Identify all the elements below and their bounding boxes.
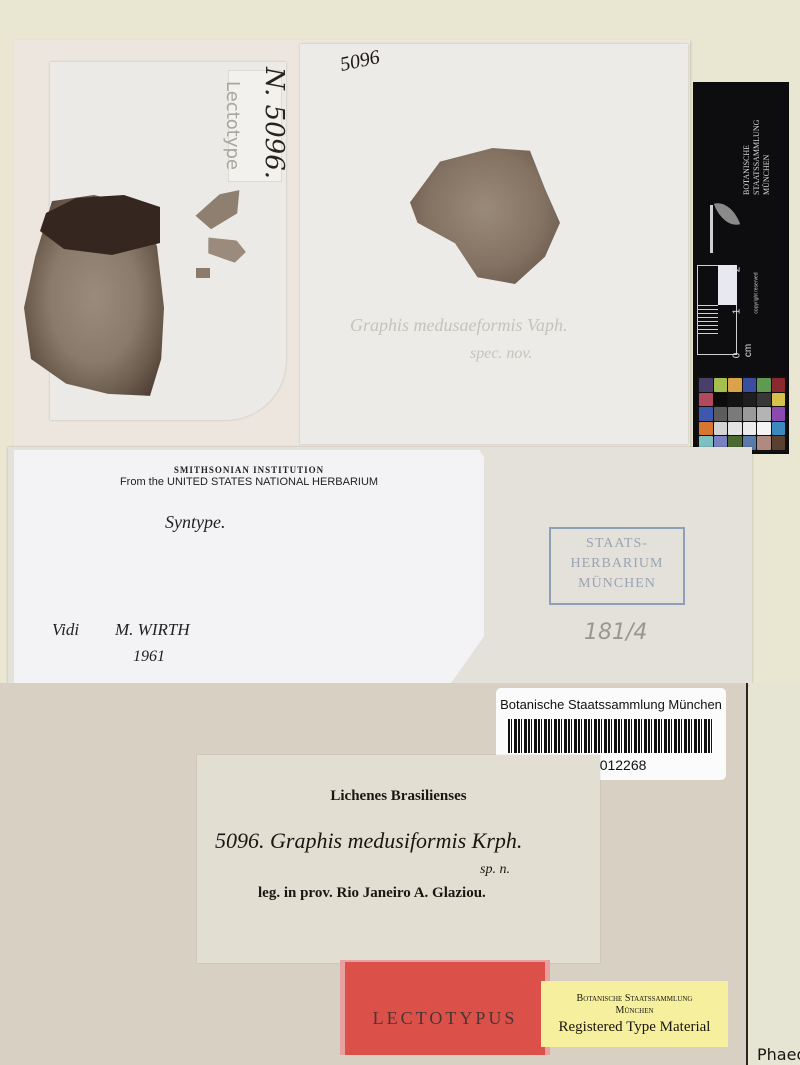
color-patch — [757, 378, 771, 392]
color-patch — [743, 378, 757, 392]
color-patch — [757, 393, 771, 407]
color-calibration-chart — [697, 376, 787, 452]
smithsonian-header: SMITHSONIAN INSTITUTION — [14, 465, 484, 475]
color-patch — [699, 378, 713, 392]
envelope-number: 181/4 — [584, 620, 647, 645]
color-patch — [728, 378, 742, 392]
ruler-ticks — [698, 305, 718, 335]
barcode-institution: Botanische Staatssammlung München — [496, 697, 726, 712]
color-patch — [772, 378, 786, 392]
color-patch — [714, 378, 728, 392]
registered-type-line-3: Registered Type Material — [541, 1019, 728, 1036]
color-patch — [757, 407, 771, 421]
herbarium-stamp: STAATS- HERBARIUM MÜNCHEN — [549, 527, 685, 605]
stamp-line-2: HERBARIUM — [551, 554, 683, 574]
m-logo-icon — [710, 205, 740, 253]
color-patch — [757, 436, 771, 450]
original-label — [197, 755, 600, 963]
color-patch — [772, 407, 786, 421]
lectotypus-text: LECTOTYPUS — [345, 1008, 545, 1029]
brand-line-2: STAATSSAMMLUNG — [752, 120, 762, 195]
syntype-annotation: Syntype. — [165, 512, 225, 533]
color-patch — [757, 422, 771, 436]
stamp-line-3: MÜNCHEN — [551, 574, 683, 594]
adjacent-sheet — [750, 683, 800, 1065]
barcode-icon — [508, 719, 714, 753]
color-patch — [699, 422, 713, 436]
brand-line-1: BOTANISCHE — [742, 120, 752, 195]
color-patch — [714, 422, 728, 436]
color-patch — [772, 393, 786, 407]
taxon-suffix: sp. n. — [480, 862, 510, 878]
taxon-name: 5096. Graphis medusiformis Krph. — [215, 828, 522, 854]
registered-type-line-2: München — [541, 1005, 728, 1016]
collection-info: leg. in prov. Rio Janeiro A. Glaziou. — [258, 885, 486, 902]
determiner-name: M. WIRTH — [115, 620, 190, 640]
color-patch — [714, 393, 728, 407]
vidi-text: Vidi — [52, 620, 79, 640]
color-patch — [714, 407, 728, 421]
smithsonian-subheader: From the UNITED STATES NATIONAL HERBARIU… — [14, 476, 484, 488]
scale-brand: BOTANISCHE STAATSSAMMLUNG MÜNCHEN — [742, 135, 782, 195]
color-patch — [743, 393, 757, 407]
color-patch — [699, 393, 713, 407]
brand-line-3: MÜNCHEN — [762, 120, 772, 195]
bark-fragment — [196, 268, 210, 278]
label-title: Lichenes Brasilienses — [197, 788, 600, 805]
color-patch — [699, 407, 713, 421]
registered-type-line-1: Botanische Staatssammlung — [541, 993, 728, 1004]
copyright-notice: copyright reserved — [754, 272, 760, 313]
adjacent-sheet-text: Phaeo — [757, 1045, 800, 1064]
ruler-label-2: 2 — [731, 267, 742, 273]
pencil-determination: Graphis medusaeformis Vaph. — [350, 315, 568, 336]
color-patch — [772, 422, 786, 436]
color-patch — [728, 393, 742, 407]
stamp-line-1: STAATS- — [551, 534, 683, 554]
ruler-label-1: 1 — [731, 309, 742, 315]
color-patch — [728, 407, 742, 421]
determination-year: 1961 — [133, 648, 165, 666]
lectotype-pencil-note: Lectotype — [222, 81, 243, 170]
packet-number-text: N. 5096. — [259, 67, 289, 179]
ruler-unit: cm — [743, 344, 754, 357]
color-patch — [743, 422, 757, 436]
ruler-label-0: 0 — [731, 353, 742, 359]
pencil-determination-2: spec. nov. — [470, 345, 532, 363]
color-patch — [743, 407, 757, 421]
color-patch — [772, 436, 786, 450]
color-patch — [728, 422, 742, 436]
